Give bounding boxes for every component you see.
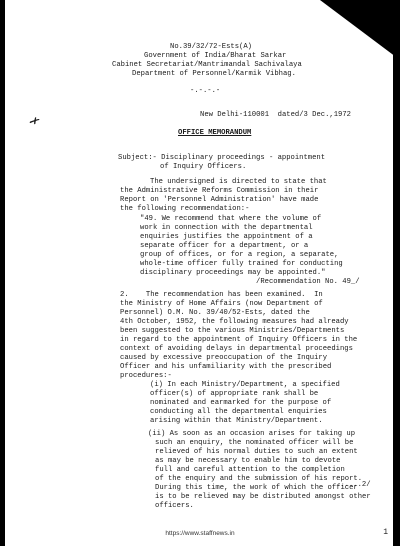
subject-line-2: of Inquiry Officers. — [160, 163, 246, 173]
continuation-marker: ......2/ — [336, 481, 371, 491]
separator: -.-.-.- — [190, 87, 220, 97]
office-memorandum-page: No.39/32/72-Ests(A) Government of India/… — [0, 0, 400, 546]
page-number: 1 — [383, 528, 388, 537]
department-line: Department of Personnel/Karmik Vibhag. — [132, 70, 296, 80]
memo-title: OFFICE MEMORANDUM — [178, 129, 251, 139]
place-date: New Delhi-110001 dated/3 Dec.,1972 — [200, 111, 351, 121]
footer-link[interactable]: https://www.staffnews.in — [0, 530, 400, 537]
recommendation-reference: /Recommendation No. 49_/ — [256, 278, 360, 288]
